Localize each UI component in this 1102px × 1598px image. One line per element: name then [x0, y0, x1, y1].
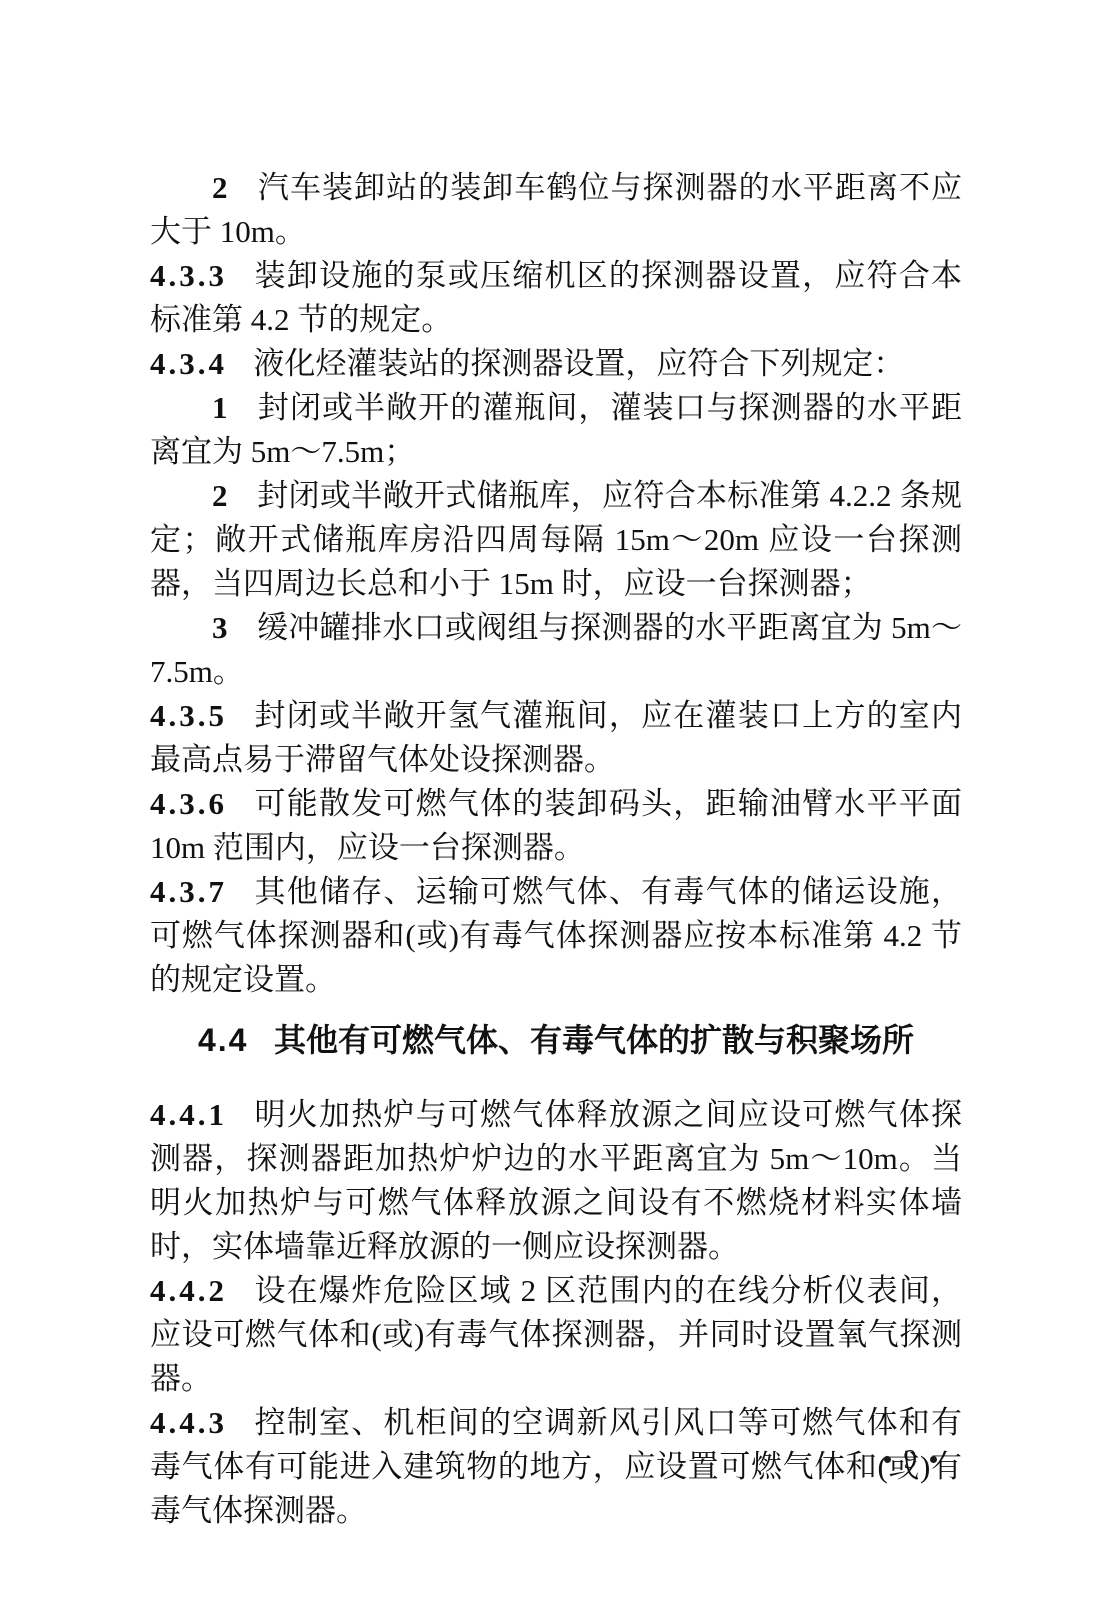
clause-paragraph: 4.3.6可能散发可燃气体的装卸码头，距输油臂水平平面 10m 范围内，应设一台… [150, 782, 962, 870]
clause-text: 液化烃灌装站的探测器设置，应符合下列规定： [253, 346, 904, 381]
clause-paragraph: 4.4.2设在爆炸危险区域 2 区范围内的在线分析仪表间，应设可燃气体和(或)有… [150, 1269, 962, 1401]
clause-number: 2 [212, 478, 231, 513]
document-page: 2汽车装卸站的装卸车鹤位与探测器的水平距离不应大于 10m。4.3.3装卸设施的… [0, 0, 1102, 1598]
section-heading: 4.4其他有可燃气体、有毒气体的扩散与积聚场所 [150, 1017, 962, 1063]
clause-number: 4.3.4 [150, 346, 227, 381]
page-number-value: 9 [904, 1442, 918, 1476]
page-number-left-dot-icon [884, 1456, 891, 1463]
clause-text: 明火加热炉与可燃气体释放源之间应设可燃气体探测器，探测器距加热炉炉边的水平距离宜… [150, 1097, 962, 1264]
clause-paragraph: 4.4.3控制室、机柜间的空调新风引风口等可燃气体和有毒气体有可能进入建筑物的地… [150, 1401, 962, 1533]
clause-paragraph: 4.3.5封闭或半敞开氢气灌瓶间，应在灌装口上方的室内最高点易于滞留气体处设探测… [150, 694, 962, 782]
clause-text: 缓冲罐排水口或阀组与探测器的水平距离宜为 5m～7.5m。 [150, 610, 962, 689]
clause-number: 4.4.3 [150, 1405, 227, 1440]
list-item-paragraph: 2封闭或半敞开式储瓶库，应符合本标准第 4.2.2 条规定；敞开式储瓶库房沿四周… [150, 474, 962, 606]
clause-paragraph: 4.4.1明火加热炉与可燃气体释放源之间应设可燃气体探测器，探测器距加热炉炉边的… [150, 1093, 962, 1269]
page-number-right-dot-icon [930, 1456, 937, 1463]
clause-number: 4.4.2 [150, 1273, 227, 1308]
page-number: 9 [871, 1442, 951, 1476]
clause-text: 控制室、机柜间的空调新风引风口等可燃气体和有毒气体有可能进入建筑物的地方，应设置… [150, 1405, 962, 1528]
section-title: 其他有可燃气体、有毒气体的扩散与积聚场所 [274, 1022, 914, 1058]
clause-number: 4.3.7 [150, 874, 227, 909]
clause-text: 装卸设施的泵或压缩机区的探测器设置，应符合本标准第 4.2 节的规定。 [150, 258, 962, 337]
list-item-paragraph: 1封闭或半敞开的灌瓶间，灌装口与探测器的水平距离宜为 5m～7.5m； [150, 386, 962, 474]
clause-number: 4.3.5 [150, 698, 227, 733]
clause-text: 封闭或半敞开氢气灌瓶间，应在灌装口上方的室内最高点易于滞留气体处设探测器。 [150, 698, 962, 777]
clause-text: 设在爆炸危险区域 2 区范围内的在线分析仪表间，应设可燃气体和(或)有毒气体探测… [150, 1273, 962, 1396]
clause-paragraph: 4.3.4液化烃灌装站的探测器设置，应符合下列规定： [150, 342, 962, 386]
document-body: 2汽车装卸站的装卸车鹤位与探测器的水平距离不应大于 10m。4.3.3装卸设施的… [150, 166, 962, 1533]
clause-text: 其他储存、运输可燃气体、有毒气体的储运设施，可燃气体探测器和(或)有毒气体探测器… [150, 874, 962, 997]
clause-number: 3 [212, 610, 231, 645]
clause-paragraph: 4.3.7其他储存、运输可燃气体、有毒气体的储运设施，可燃气体探测器和(或)有毒… [150, 870, 962, 1002]
clause-text: 可能散发可燃气体的装卸码头，距输油臂水平平面 10m 范围内，应设一台探测器。 [150, 786, 962, 865]
clause-paragraph: 4.3.3装卸设施的泵或压缩机区的探测器设置，应符合本标准第 4.2 节的规定。 [150, 254, 962, 342]
clause-number: 4.3.3 [150, 258, 227, 293]
list-item-paragraph: 2汽车装卸站的装卸车鹤位与探测器的水平距离不应大于 10m。 [150, 166, 962, 254]
clause-text: 封闭或半敞开式储瓶库，应符合本标准第 4.2.2 条规定；敞开式储瓶库房沿四周每… [150, 478, 962, 601]
section-number: 4.4 [198, 1022, 248, 1058]
clause-text: 封闭或半敞开的灌瓶间，灌装口与探测器的水平距离宜为 5m～7.5m； [150, 390, 962, 469]
clause-number: 2 [212, 170, 231, 205]
clause-number: 4.3.6 [150, 786, 227, 821]
list-item-paragraph: 3缓冲罐排水口或阀组与探测器的水平距离宜为 5m～7.5m。 [150, 606, 962, 694]
clause-number: 1 [212, 390, 231, 425]
clause-number: 4.4.1 [150, 1097, 227, 1132]
clause-text: 汽车装卸站的装卸车鹤位与探测器的水平距离不应大于 10m。 [150, 170, 962, 249]
